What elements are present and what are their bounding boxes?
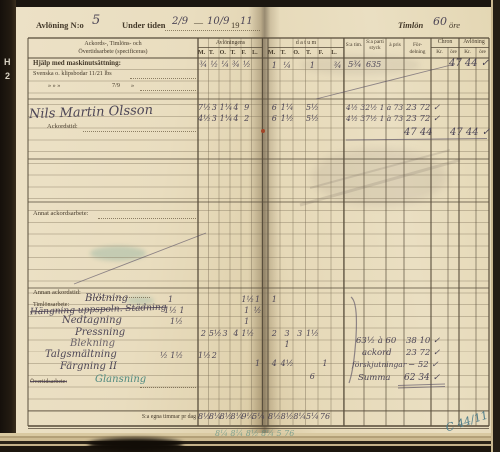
- day-cell: [252, 115, 263, 123]
- olsson-r1-calc: 4½ 32½ 1 à 73: [346, 104, 403, 112]
- day-cell: [209, 307, 220, 315]
- day-cell: 8½: [220, 413, 231, 421]
- day-cell: 1: [268, 62, 281, 70]
- day-cell: [198, 318, 209, 326]
- day-cell: [293, 104, 306, 112]
- day-cell: [252, 104, 263, 112]
- day-cell: [198, 307, 209, 315]
- day-cell: [220, 307, 231, 315]
- day-cell: [209, 360, 220, 368]
- hjalp-sa-tim: 5¾: [348, 61, 362, 70]
- leader: [98, 217, 196, 219]
- day-cell: 4½: [198, 115, 209, 123]
- work-row-label: Blekning: [70, 339, 115, 349]
- day-cell: [331, 296, 344, 304]
- leader: [83, 130, 196, 132]
- year-written: 11: [240, 17, 253, 27]
- day-cell: 2: [268, 330, 281, 338]
- day-cell: 1: [319, 360, 332, 368]
- hjalp-days-right: 1¼1¾: [268, 62, 344, 70]
- day-cell: 9¼: [241, 413, 252, 421]
- olsson-r2-left: 4½31¼42: [198, 115, 263, 123]
- day-cell: 7½: [198, 104, 209, 112]
- day-cell: 1: [306, 62, 319, 70]
- day-cell: T.: [306, 50, 319, 56]
- bottom-days-left: 8½8¼8½8¼9¼5¼: [198, 413, 263, 421]
- note-calc-label: ackord: [362, 349, 392, 358]
- day-cell: [319, 62, 332, 70]
- day-cell: ¾: [230, 61, 241, 69]
- section-annan-ackordstid: Annan ackordstid:: [33, 290, 81, 297]
- day-cell: [293, 373, 306, 381]
- book-cover-spine: [0, 0, 16, 452]
- page-edge-numbers: 8¼ 8¼ 8½ 8¼ 5 76: [215, 430, 294, 438]
- work-row-pre: 1: [168, 296, 173, 304]
- day-cell: [220, 360, 231, 368]
- work-row-days-right: 2331½: [268, 330, 344, 338]
- day-cell: [319, 373, 332, 381]
- olsson-total-ford: 47 44: [404, 128, 433, 138]
- under-tiden-label: Under tiden: [122, 21, 166, 30]
- day-cell: [331, 341, 344, 349]
- olsson-r1-ford: 23 72 ✓: [406, 104, 440, 113]
- olsson-r2-ford: 23 72 ✓: [406, 115, 440, 124]
- margin-tab-letter: H: [4, 58, 11, 67]
- note-calc-amount: 62 34 ✓: [404, 374, 440, 383]
- day-cell: 8½: [268, 413, 281, 421]
- row-hjalp-title: Hjälp med maskinutsättning:: [33, 60, 121, 67]
- day-cell: [293, 296, 306, 304]
- hjalp-days-left: ¾½¼¾½: [198, 61, 263, 69]
- day-cell: 3: [293, 330, 306, 338]
- day-cell: 4: [230, 330, 241, 338]
- olsson-r2-right: 61½5½: [268, 115, 344, 123]
- margin-tab-number: 2: [5, 72, 10, 81]
- day-cell: [252, 61, 263, 69]
- day-cell: [220, 352, 231, 360]
- avloning-label: Avlöning N:o: [36, 21, 84, 30]
- desc-header-line1: Ackords-, Timlöns- och: [28, 41, 198, 47]
- col-ore-1: öre: [448, 50, 459, 55]
- day-cell: [230, 318, 241, 326]
- timlon-value: 60: [433, 16, 447, 27]
- day-cell: [230, 296, 241, 304]
- day-cell: [319, 115, 332, 123]
- work-row-label: Pressning: [75, 328, 125, 338]
- day-cell: [198, 360, 209, 368]
- day-cell: 5½: [306, 115, 319, 123]
- work-row-pre: 1½ 1: [164, 307, 184, 315]
- note-calc-label: Summa: [358, 374, 391, 383]
- col-ore-2: öre: [476, 50, 489, 55]
- day-cell: F.: [319, 50, 332, 56]
- day-cell: 5½: [306, 104, 319, 112]
- day-cell: 1: [281, 341, 294, 349]
- row-hjalp-line2: Svenska o. klipsbodar 11/21 lbs: [33, 71, 112, 77]
- col-chron: Chron: [431, 40, 459, 46]
- avloning-number: 5: [92, 14, 100, 27]
- right-group-header: d a t u m: [268, 41, 344, 47]
- day-cell: 5¼: [306, 413, 319, 421]
- olsson-r2-calc: 4½ 37½ 1 à 73: [346, 115, 403, 123]
- leader: [140, 386, 196, 388]
- day-cell: 8½: [281, 413, 294, 421]
- day-cell: L.: [252, 50, 263, 56]
- day-cell: [220, 296, 231, 304]
- note-calc-amount: 38 10 ✓: [406, 337, 440, 346]
- day-cell: ¼: [220, 61, 231, 69]
- timlon-label: Timlön: [398, 21, 423, 30]
- day-cell: [306, 296, 319, 304]
- day-cell: 6: [268, 115, 281, 123]
- day-cell: 1¼: [281, 104, 294, 112]
- day-cell: [306, 360, 319, 368]
- day-cell: T.: [230, 50, 241, 56]
- section-overtidsarbete: Övertidsarbete:: [30, 379, 67, 385]
- day-cell: [293, 341, 306, 349]
- day-cell: 1: [241, 307, 252, 315]
- work-row-days-right: 1: [268, 341, 344, 349]
- ledger-photo: H 2: [0, 0, 500, 452]
- work-row-days-right: 44½1: [268, 360, 344, 368]
- hjalp-parti: 635: [366, 61, 381, 69]
- col-avloning: Avlöning: [459, 40, 489, 46]
- work-row-pre: 1½: [170, 318, 183, 326]
- day-cell: 3: [209, 104, 220, 112]
- work-row-days-left: 1: [198, 360, 263, 368]
- day-cell: L.: [331, 50, 344, 56]
- day-cell: [268, 341, 281, 349]
- day-cell: 4: [230, 104, 241, 112]
- day-cell: [319, 104, 332, 112]
- day-cell: 1½: [281, 115, 294, 123]
- day-cell: T.: [209, 50, 220, 56]
- day-cell: [252, 318, 263, 326]
- day-cell: 1: [268, 296, 281, 304]
- date-from: 2/9: [172, 17, 188, 27]
- day-cell: 6: [268, 104, 281, 112]
- day-cell: ½: [241, 61, 252, 69]
- day-cell: [331, 104, 344, 112]
- day-cell: ½: [209, 61, 220, 69]
- work-row-label: Nedtagning: [62, 316, 122, 326]
- bottom-row-label: S:a egna timmar pr dag: [95, 415, 196, 421]
- day-cell: [281, 373, 294, 381]
- work-row-label: Glansning: [95, 375, 146, 385]
- col-sa-tim: S:a tim.: [345, 43, 363, 49]
- day-cell: 1: [241, 318, 252, 326]
- day-cell: 4: [268, 360, 281, 368]
- day-cell: [331, 330, 344, 338]
- work-row-days-left: 1½: [198, 307, 263, 315]
- day-cell: O.: [220, 50, 231, 56]
- day-cell: [209, 318, 220, 326]
- olsson-r1-left: 7½31¼49: [198, 104, 263, 112]
- day-cell: O.: [293, 50, 306, 56]
- day-cell: [293, 62, 306, 70]
- note-calc-amount: − 52 ✓: [408, 361, 438, 370]
- work-row-days-left: 1: [198, 318, 263, 326]
- note-calc-label: förskjutningar: [352, 361, 406, 369]
- day-cell: [230, 307, 241, 315]
- red-ink-dot: [261, 129, 265, 133]
- col-fordelning-1: För-: [404, 43, 431, 48]
- day-cell: 3: [281, 330, 294, 338]
- bottom-days-right: 8½8½8¼5¼76: [268, 413, 344, 421]
- work-row-days-left: 25½341½: [198, 330, 263, 338]
- day-cell: 1: [252, 360, 263, 368]
- day-cell: 4½: [281, 360, 294, 368]
- day-cell: 76: [319, 413, 332, 421]
- day-cell: M.: [268, 50, 281, 56]
- day-cell: [252, 330, 263, 338]
- day-cell: [306, 341, 319, 349]
- day-cell: [281, 296, 294, 304]
- note-calc-amount: 23 72 ✓: [406, 349, 440, 358]
- day-cell: 4: [230, 115, 241, 123]
- day-cell: ¾: [198, 61, 209, 69]
- day-cell: 1½: [198, 352, 209, 360]
- work-row-days-right: 1: [268, 296, 344, 304]
- day-cell: [319, 330, 332, 338]
- day-cell: 1¼: [220, 104, 231, 112]
- day-cell: 1: [252, 296, 263, 304]
- day-cell: [198, 296, 209, 304]
- day-cell: 6: [306, 373, 319, 381]
- date-to: 10/9: [207, 17, 229, 27]
- note-calc-label: 63½ à 60: [356, 337, 396, 346]
- work-row-pre: ½ 1½: [160, 352, 183, 360]
- day-cell: [331, 115, 344, 123]
- photo-edge-top: [0, 0, 500, 7]
- day-cell: 3: [209, 115, 220, 123]
- section-annat-ackordsarbete: Annat ackordsarbete:: [33, 211, 88, 218]
- day-cell: 3: [220, 330, 231, 338]
- day-cell: [230, 360, 241, 368]
- olsson-total-avloning: 47 44 ✓: [450, 128, 490, 138]
- col-kr-1: Kr.: [431, 50, 448, 55]
- day-cell: [241, 360, 252, 368]
- hjalp-avloning: 47 44 ✓: [449, 59, 489, 69]
- col-sa-parti: S:a parti styck: [365, 40, 385, 52]
- day-cell: [209, 296, 220, 304]
- leader: [140, 89, 196, 91]
- day-cell: T.: [281, 50, 294, 56]
- day-cell: 1½: [241, 330, 252, 338]
- day-cell: ¼: [281, 62, 294, 70]
- day-cell: [268, 373, 281, 381]
- row-hjalp-rep2: »: [131, 83, 134, 89]
- work-row-label: Talgsmältning: [45, 350, 117, 360]
- day-cell: 8¼: [230, 413, 241, 421]
- col-kr-2: Kr.: [459, 50, 476, 55]
- col-a-pris: à pris: [387, 43, 403, 49]
- day-cell: 1¼: [220, 115, 231, 123]
- day-cell: [331, 360, 344, 368]
- day-cell: ½: [252, 307, 263, 315]
- day-cell: 9: [241, 104, 252, 112]
- work-row-label: Färgning II: [60, 362, 117, 372]
- day-cell: [220, 318, 231, 326]
- desc-header-line2: Övertidsarbete (specificeras): [28, 49, 198, 55]
- day-cell: [293, 360, 306, 368]
- work-row-label: Blötning: [85, 294, 128, 304]
- day-cell: 8¼: [293, 413, 306, 421]
- day-cell: 8¼: [209, 413, 220, 421]
- day-cell: [331, 413, 344, 421]
- row-hjalp-date: 7/9: [112, 83, 120, 89]
- day-cell: 5¼: [252, 413, 263, 421]
- day-cell: 2: [241, 115, 252, 123]
- day-cell: M.: [198, 50, 209, 56]
- day-cell: F.: [241, 50, 252, 56]
- day-cell: 2: [209, 352, 220, 360]
- col-fordelning-2: delning: [404, 50, 431, 55]
- header-leader: [165, 29, 260, 31]
- day-letters-left: M.T.O.T.F.L.: [198, 50, 263, 56]
- shadow-blob: [88, 438, 183, 451]
- work-row-days-left: 1½2: [198, 352, 263, 360]
- day-cell: 5½: [209, 330, 220, 338]
- day-cell: 1½: [241, 296, 252, 304]
- row-hjalp-reps: » » »: [48, 83, 60, 89]
- day-cell: [293, 115, 306, 123]
- olsson-r1-right: 61¼5½: [268, 104, 344, 112]
- day-cell: [241, 352, 252, 360]
- leader: [130, 77, 196, 79]
- work-row-days-right: 6: [268, 373, 344, 381]
- day-cell: [331, 373, 344, 381]
- day-cell: 8½: [198, 413, 209, 421]
- day-cell: [230, 352, 241, 360]
- left-group-header: Avlöningens: [198, 41, 263, 47]
- page-stack-right: [491, 0, 500, 452]
- day-letters-right: M.T.O.T.F.L.: [268, 50, 344, 56]
- timlon-unit: öre: [449, 21, 460, 30]
- day-cell: ¾: [331, 62, 344, 70]
- ackordstid-label: Ackordstid:: [47, 124, 78, 131]
- date-dash: —: [194, 19, 203, 28]
- work-row-days-left: 1½1: [198, 296, 263, 304]
- day-cell: 2: [198, 330, 209, 338]
- day-cell: [319, 341, 332, 349]
- day-cell: 1½: [306, 330, 319, 338]
- day-cell: [319, 296, 332, 304]
